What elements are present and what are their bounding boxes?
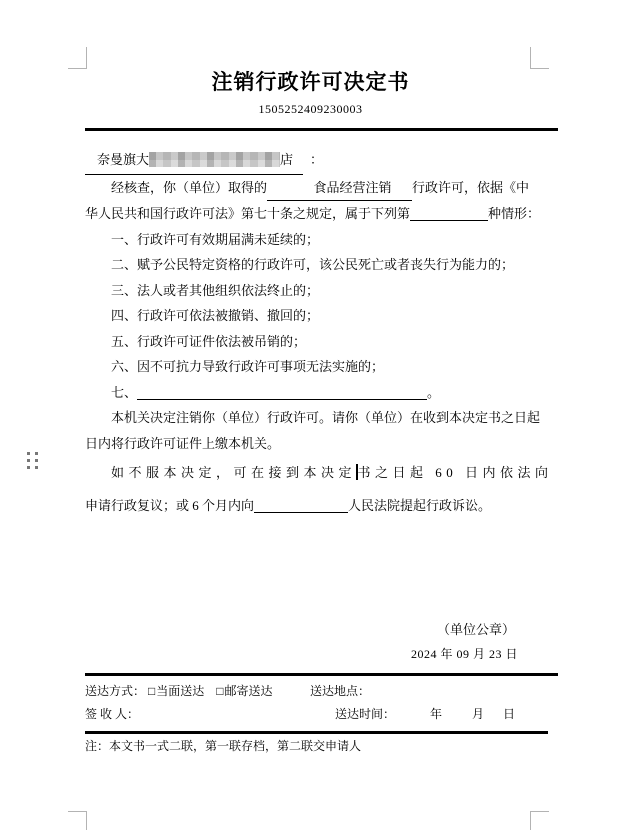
addressee-suffix: 店 — [280, 152, 293, 167]
crop-mark-top-right-h — [530, 68, 549, 69]
delivery-method-row: 送达方式：□当面送达□邮寄送达 — [85, 684, 273, 698]
crop-mark-top-right-v — [530, 47, 531, 69]
list-item-2: 二、赋予公民特定资格的行政许可，该公民死亡或者丧失行为能力的； — [85, 252, 553, 278]
appeal-line2-text: 申请行政复议；或 6 个月内向 — [85, 498, 254, 513]
addressee-underline: 奈曼旗大店 — [85, 147, 303, 175]
checkbox-mail-icon: □ — [216, 684, 223, 698]
crop-mark-top-left-h — [68, 68, 87, 69]
page-title: 注销行政许可决定书 — [0, 70, 621, 94]
checkbox-in-person-icon: □ — [148, 684, 155, 698]
addressee-line: 奈曼旗大店： — [85, 147, 553, 175]
redaction-mosaic — [149, 152, 280, 167]
footer-rule-bottom — [85, 731, 548, 734]
crop-mark-top-left-v — [86, 47, 87, 69]
crop-mark-bottom-left-v — [86, 811, 87, 830]
paragraph-1-line-2: 华人民共和国行政许可法》第七十条之规定，属于下列第种情形： — [85, 201, 553, 227]
court-name-blank — [254, 497, 348, 513]
p1-text-post: 行政许可，依据《中 — [412, 180, 529, 195]
item7-prefix: 七、 — [111, 385, 137, 400]
document-page: 注销行政许可决定书 1505252409230003 奈曼旗大店： 经核查，你（… — [0, 0, 621, 830]
addressee-colon: ： — [310, 152, 323, 167]
item7-blank — [137, 384, 427, 400]
p1-line2-post: 种情形： — [488, 206, 540, 221]
item7-period: 。 — [427, 385, 440, 400]
list-item-6: 六、因不可抗力导致行政许可事项无法实施的； — [85, 354, 553, 380]
document-number: 1505252409230003 — [0, 102, 621, 116]
appeal-text-after-caret: 书之日起 60 日内依法向 — [358, 465, 553, 480]
p1-text: 经核查，你（单位）取得的 — [111, 180, 267, 195]
license-type-blank: 食品经营注销 — [267, 175, 412, 202]
p1-line2-text: 华人民共和国行政许可法》第七十条之规定，属于下列第 — [85, 206, 410, 221]
seal-placeholder: （单位公章） — [437, 619, 515, 638]
appeal-text-before-caret: 如不服本决定，可在接到本决定 — [111, 465, 356, 480]
list-item-7: 七、。 — [85, 380, 553, 406]
paragraph-1-line-1: 经核查，你（单位）取得的食品经营注销行政许可，依据《中 — [85, 175, 553, 202]
day-label: 日 — [503, 707, 515, 721]
option-in-person-label: 当面送达 — [156, 684, 204, 698]
signer-label: 签 收 人： — [85, 707, 139, 721]
list-item-1: 一、行政许可有效期届满未延续的； — [85, 227, 553, 253]
paragraph-2-line-1: 本机关决定注销你（单位）行政许可。请你（单位）在收到本决定书之日起 — [85, 405, 553, 431]
option-mail-label: 邮寄送达 — [225, 684, 273, 698]
crop-mark-bottom-right-h — [530, 811, 549, 812]
list-item-5: 五、行政许可证件依法被吊销的； — [85, 329, 553, 355]
paragraph-2-line-2: 日内将行政许可证件上缴本机关。 — [85, 431, 553, 457]
crop-mark-bottom-left-h — [68, 811, 87, 812]
header-rule — [85, 128, 558, 131]
appeal-paragraph-line-2: 申请行政复议；或 6 个月内向人民法院提起行政诉讼。 — [85, 489, 553, 522]
addressee-prefix: 奈曼旗大 — [97, 152, 149, 167]
crop-mark-bottom-right-v — [530, 811, 531, 830]
case-number-blank — [410, 205, 488, 221]
list-item-4: 四、行政许可依法被撤销、撤回的； — [85, 303, 553, 329]
footer-rule-top — [85, 673, 558, 676]
month-label: 月 — [472, 707, 484, 721]
year-label: 年 — [430, 707, 442, 721]
footer-note: 注：本文书一式二联，第一联存档，第二联交申请人 — [85, 739, 361, 753]
decision-date: 2024 年 09 月 23 日 — [411, 645, 518, 662]
delivery-method-label: 送达方式： — [85, 684, 145, 698]
appeal-paragraph-line-1: 如不服本决定，可在接到本决定书之日起 60 日内依法向 — [85, 456, 553, 489]
appeal-line2-post: 人民法院提起行政诉讼。 — [348, 498, 491, 513]
delivery-time-label: 送达时间： — [335, 707, 395, 721]
list-item-3: 三、法人或者其他组织依法终止的； — [85, 278, 553, 304]
delivery-place-label: 送达地点： — [310, 684, 370, 698]
document-body: 奈曼旗大店： 经核查，你（单位）取得的食品经营注销行政许可，依据《中 华人民共和… — [85, 147, 553, 522]
drag-handle-icon[interactable] — [27, 452, 38, 469]
